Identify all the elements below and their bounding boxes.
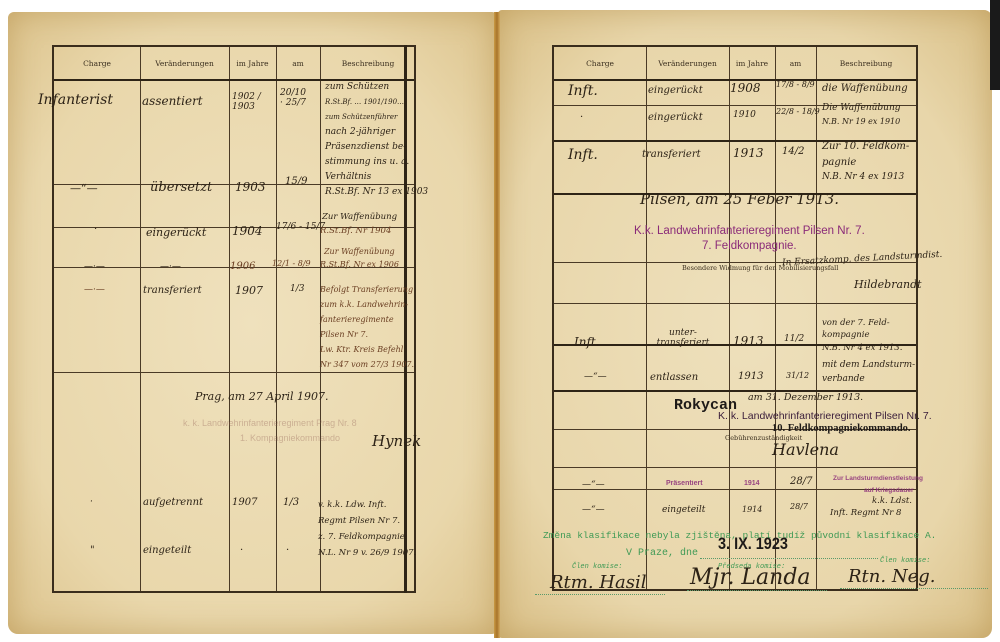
- entry-charge: Inft.: [568, 147, 598, 163]
- entry-date: ·: [286, 545, 289, 556]
- entry-description: k.k. Ldst.: [872, 496, 912, 506]
- presented-stamp: Präsentiert: [666, 480, 703, 487]
- entry-change: aufgetrennt: [143, 497, 203, 508]
- entry-description: Die Waffenübung: [822, 103, 901, 113]
- entry-change: unter- transferiert: [648, 328, 718, 348]
- entry-change: eingerückt: [648, 112, 703, 123]
- entry-charge: Inft.: [568, 83, 598, 99]
- entry-date: 15/9: [285, 176, 307, 187]
- entry-description: kompagnie: [822, 330, 870, 340]
- entry-charge: ·: [90, 497, 93, 507]
- entry-charge: ·: [580, 112, 583, 123]
- entry-date: 14/2: [782, 146, 804, 157]
- entry-date: 28/7: [790, 502, 808, 511]
- closing-place-date: Prag, am 27 April 1907.: [195, 390, 329, 403]
- signature-line: [687, 590, 827, 591]
- landsturm-stamp: Zur Landsturmdienstleistung: [833, 475, 923, 482]
- col-header-charge: Charge: [54, 47, 140, 79]
- entry-year: 1910: [733, 110, 756, 120]
- entry-description: pagnie: [822, 157, 856, 168]
- officer-signature: Hynek: [372, 432, 421, 450]
- entry-description: die Waffenübung: [822, 83, 908, 94]
- entry-change: transferiert: [143, 285, 202, 296]
- entry-year: 1914: [744, 480, 760, 487]
- entry-charge: ·: [94, 224, 97, 235]
- entry-change: eingerückt: [648, 85, 703, 96]
- entry-description: Befolgt Transferierung zum k.k. Landwehr…: [320, 282, 415, 372]
- entry-date: 17/6 - 15/7: [276, 222, 325, 232]
- signature-line: [535, 594, 665, 595]
- col-header-changes: Veränderungen: [140, 47, 229, 79]
- entry-change: eingerückt: [146, 226, 206, 239]
- entry-charge: —“—: [70, 182, 98, 195]
- regiment-stamp: K.k. Landwehrinfanterieregiment Pilsen N…: [634, 225, 865, 237]
- entry-date: 20/10 · 25/7: [280, 88, 310, 108]
- entry-date: 28/7: [790, 476, 812, 487]
- member-label: Člen komise:: [880, 557, 930, 565]
- entry-change: eingeteilt: [143, 545, 191, 556]
- member-label: Člen komise:: [572, 563, 622, 571]
- entry-year: 1904: [232, 224, 263, 238]
- entry-description: N.B. Nr 19 ex 1910: [822, 117, 900, 126]
- col-header-description: Beschreibung: [816, 47, 916, 79]
- entry-year: 1913: [733, 146, 764, 160]
- company-stamp: 1. Kompagniekommando: [240, 433, 340, 443]
- entry-charge: Inft.: [574, 335, 600, 349]
- officer-signature: Havlena: [772, 440, 839, 459]
- col-header-charge: Charge: [554, 47, 646, 79]
- entry-year: ·: [240, 545, 243, 556]
- entry-description: von der 7. Feld-: [822, 318, 890, 328]
- entry-year: 1907: [232, 497, 257, 508]
- entry-description: v. k.k. Ldw. Inft. Regmt Pilsen Nr 7. z.…: [318, 497, 418, 561]
- entry-date: 1/3: [283, 497, 299, 508]
- regiment-stamp: K. k. Landwehrinfanterieregiment Pilsen …: [718, 410, 932, 422]
- commission-date: 3. IX. 1923: [718, 534, 788, 554]
- company-stamp: k. k. Landwehrinfanterieregiment Prag Nr…: [183, 418, 357, 428]
- entry-change: —·—: [160, 262, 181, 272]
- entry-description: N.B. Nr 4 ex 1913: [822, 172, 904, 182]
- entry-change: entlassen: [650, 372, 698, 383]
- place-label: V Praze, dne: [626, 548, 698, 559]
- entry-charge: ": [90, 545, 95, 556]
- entry-description: Zur Waffenübung: [322, 212, 397, 222]
- col-header-changes: Veränderungen: [646, 47, 729, 79]
- landsturm-stamp: auf Kriegsdauer: [864, 487, 914, 494]
- entry-year: 1908: [730, 81, 761, 95]
- entry-description: verbande: [822, 374, 865, 384]
- entry-year: 1903: [235, 180, 266, 194]
- entry-change: assentiert: [142, 94, 203, 108]
- entry-change: transferiert: [642, 149, 701, 160]
- col-header-year: im Jahre: [729, 47, 775, 79]
- entry-year: 1902 / 1903: [232, 92, 262, 112]
- member-signature: Rtm. Hasil: [550, 572, 646, 593]
- chair-signature: Mjr. Landa: [690, 565, 811, 590]
- entry-date: 17/8 - 8/9: [776, 80, 815, 89]
- date-line: [700, 558, 878, 559]
- entry-year: 1913: [738, 371, 763, 382]
- col-header-date: am: [276, 47, 320, 79]
- entry-description: Zur Waffenübung: [324, 247, 395, 256]
- entry-year: 1914: [742, 505, 762, 514]
- col-header-year: im Jahre: [229, 47, 276, 79]
- entry-charge: —“—: [584, 372, 607, 382]
- entry-description: zum Schützen R.St.Bf. … 1901/190… zum Sc…: [325, 80, 415, 200]
- entry-charge: —“—: [582, 480, 605, 490]
- signature-line: [840, 588, 988, 589]
- officer-signature: Hildebrandt: [854, 278, 922, 291]
- col-header-date: am: [775, 47, 816, 79]
- entry-description: R.St.Bf. Nr 1904: [320, 226, 391, 236]
- member-signature: Rtn. Neg.: [848, 566, 935, 587]
- entry-charge: —“—: [582, 505, 605, 515]
- background-edge: [990, 0, 1000, 90]
- entry-year: 1906: [230, 261, 255, 272]
- closing-date: am 31. Dezember 1913.: [748, 392, 863, 403]
- entry-description: R.St.Bf. Nr ex 1906: [320, 260, 399, 269]
- entry-charge: —·—: [84, 285, 105, 295]
- entry-year: 1913: [733, 334, 764, 348]
- entry-date: 11/2: [784, 334, 804, 344]
- entry-description: N.B. Nr 4 ex 1913.: [822, 343, 902, 353]
- closing-place-date: Pilsen, am 25 Feber 1913.: [640, 190, 839, 208]
- entry-date: 31/12: [786, 371, 809, 380]
- regiment-stamp: 7. Feldkompagnie.: [702, 240, 797, 252]
- entry-date: 1/3: [290, 284, 304, 294]
- entry-date: 22/8 - 18/9: [776, 107, 820, 116]
- book-spine: [494, 12, 500, 638]
- entry-charge: —·—: [84, 262, 105, 272]
- entry-description: mit dem Landsturm-: [822, 360, 915, 370]
- entry-change: eingeteilt: [662, 505, 705, 515]
- entry-charge: Infanterist: [38, 92, 113, 108]
- entry-description: Zur 10. Feldkom-: [822, 141, 909, 152]
- entry-description: Inft. Regmt Nr 8: [830, 508, 901, 518]
- entry-date: 12/1 - 8/9: [272, 259, 311, 268]
- entry-change: übersetzt: [150, 180, 212, 195]
- col-header-description: Beschreibung: [320, 47, 416, 79]
- entry-year: 1907: [235, 284, 263, 297]
- company-stamp: 10. Feldkompagniekommando.: [772, 423, 911, 434]
